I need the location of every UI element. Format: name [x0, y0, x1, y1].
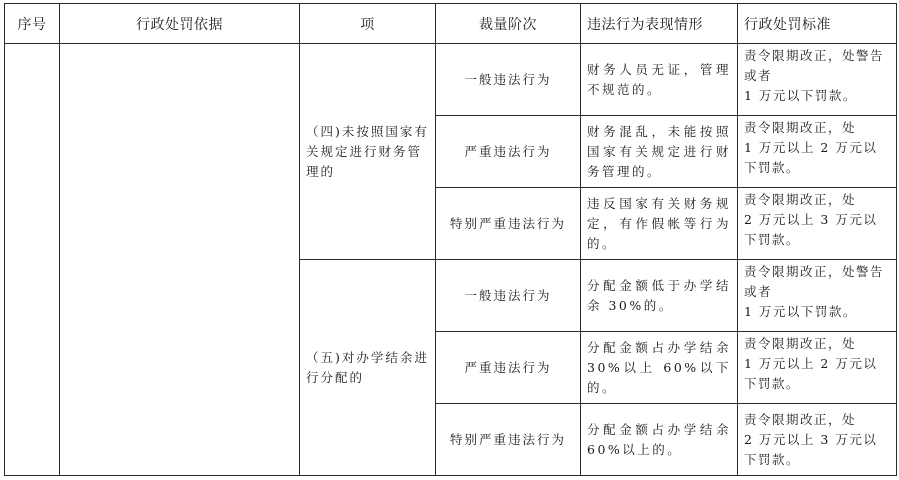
level-cell: 特别严重违法行为 [436, 404, 581, 476]
level-cell: 一般违法行为 [436, 44, 581, 116]
penalty-basis-cell [60, 44, 300, 476]
table-row: （四)未按照国家有关规定进行财务管理的 一般违法行为 财务人员无证，管理不规范的… [5, 44, 897, 116]
serial-cell [5, 44, 60, 476]
standard-line: 2 万元以上 3 万元以下罚款。 [744, 430, 890, 470]
standard-line: 1 万元以下罚款。 [744, 302, 890, 322]
standard-cell: 责令限期改正，处 2 万元以上 3 万元以下罚款。 [738, 404, 897, 476]
description-cell: 分配金额占办学结余 30%以上 60%以下的。 [581, 332, 738, 404]
item-cell: （四)未按照国家有关规定进行财务管理的 [300, 44, 436, 260]
standard-line: 1 万元以下罚款。 [744, 86, 890, 106]
description-cell: 财务人员无证，管理不规范的。 [581, 44, 738, 116]
header-discretion-level: 裁量阶次 [436, 4, 581, 44]
standard-line: 2 万元以上 3 万元以下罚款。 [744, 210, 890, 250]
description-cell: 违反国家有关财务规定，有作假帐等行为的。 [581, 188, 738, 260]
header-serial: 序号 [5, 4, 60, 44]
standard-line: 责令限期改正，处 [744, 410, 890, 430]
header-item: 项 [300, 4, 436, 44]
penalty-standards-table: 序号 行政处罚依据 项 裁量阶次 违法行为表现情形 行政处罚标准 （四)未按照国… [4, 3, 897, 476]
standard-line: 1 万元以上 2 万元以下罚款。 [744, 354, 890, 394]
standard-line: 责令限期改正，处 [744, 190, 890, 210]
standard-line: 责令限期改正，处 [744, 118, 890, 138]
description-cell: 分配金额低于办学结余 30%的。 [581, 260, 738, 332]
header-penalty-standard: 行政处罚标准 [738, 4, 897, 44]
standard-cell: 责令限期改正，处 1 万元以上 2 万元以下罚款。 [738, 332, 897, 404]
item-cell: （五)对办学结余进行分配的 [300, 260, 436, 476]
standard-cell: 责令限期改正，处警告或者 1 万元以下罚款。 [738, 44, 897, 116]
standard-cell: 责令限期改正，处 2 万元以上 3 万元以下罚款。 [738, 188, 897, 260]
level-cell: 一般违法行为 [436, 260, 581, 332]
description-cell: 分配金额占办学结余 60%以上的。 [581, 404, 738, 476]
level-cell: 特别严重违法行为 [436, 188, 581, 260]
header-row: 序号 行政处罚依据 项 裁量阶次 违法行为表现情形 行政处罚标准 [5, 4, 897, 44]
standard-line: 责令限期改正，处警告或者 [744, 262, 890, 302]
description-cell: 财务混乱，未能按照国家有关规定进行财务管理的。 [581, 116, 738, 188]
header-penalty-basis: 行政处罚依据 [60, 4, 300, 44]
standard-line: 责令限期改正，处警告或者 [744, 46, 890, 86]
header-violation-description: 违法行为表现情形 [581, 4, 738, 44]
standard-line: 责令限期改正，处 [744, 334, 890, 354]
standard-line: 1 万元以上 2 万元以下罚款。 [744, 138, 890, 178]
level-cell: 严重违法行为 [436, 332, 581, 404]
standard-cell: 责令限期改正，处警告或者 1 万元以下罚款。 [738, 260, 897, 332]
standard-cell: 责令限期改正，处 1 万元以上 2 万元以下罚款。 [738, 116, 897, 188]
level-cell: 严重违法行为 [436, 116, 581, 188]
